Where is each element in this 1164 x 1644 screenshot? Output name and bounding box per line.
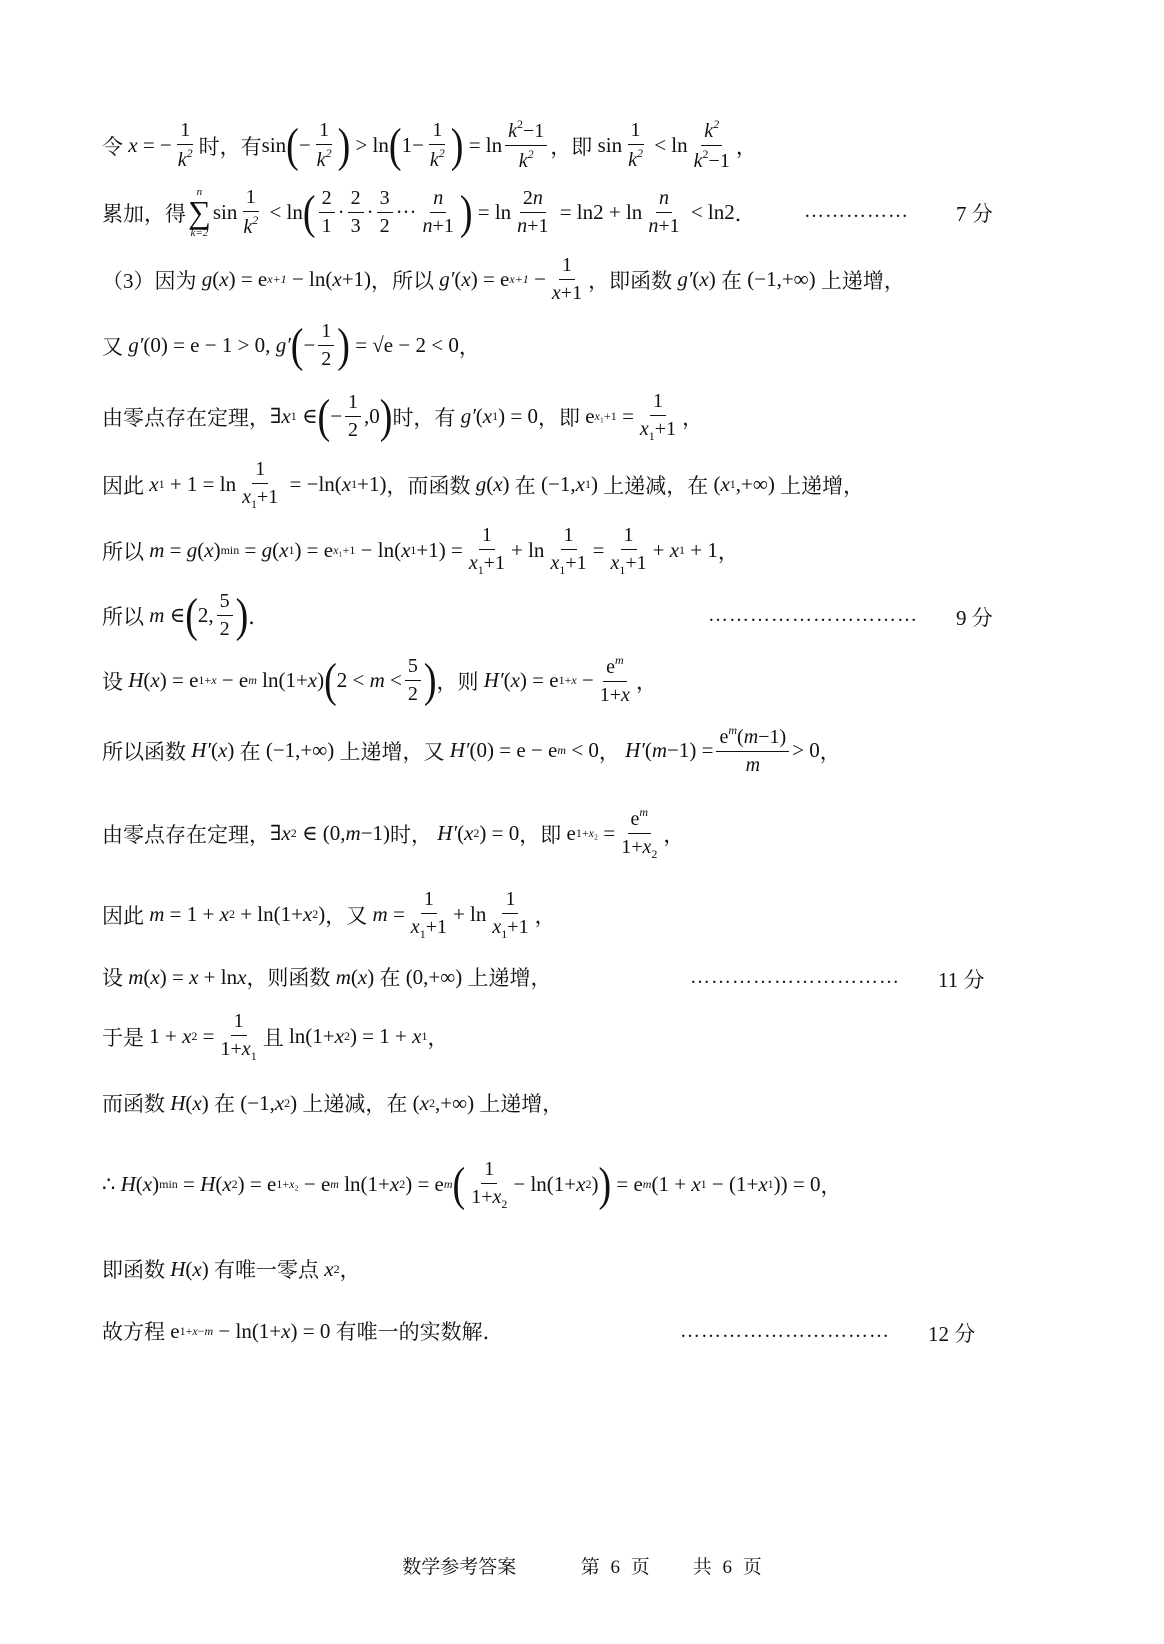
- math-line-12: 因此 m = 1 + x2 + ln(1+x2) ，又 m =1x1+1+ ln…: [102, 888, 556, 942]
- text: ，即: [550, 131, 592, 161]
- math-line-16: ∴ H(x)min = H(x2) = e1+x₂ − em ln(1+x2) …: [102, 1158, 842, 1212]
- text: ，即: [538, 402, 580, 432]
- text: ，: [340, 1254, 361, 1284]
- text: 而函数: [102, 1088, 165, 1118]
- footer-page-number: 第 6 页: [581, 1557, 650, 1578]
- text: ，又: [325, 900, 367, 930]
- math-line-17: 即函数 H(x) 有唯一零点 x2 ，: [102, 1254, 361, 1284]
- score-12: 12 分: [928, 1318, 975, 1348]
- score-9: 9 分: [956, 602, 993, 632]
- text: ，而函数: [386, 470, 470, 500]
- text: 有唯一零点: [214, 1254, 319, 1284]
- text: 故方程: [102, 1316, 165, 1346]
- text: ，: [599, 736, 620, 766]
- text: 时，有: [199, 131, 262, 161]
- math-line-3: （3）因为 g(x) = ex+1 − ln(x+1) ，所以 g′(x) = …: [102, 254, 905, 305]
- math-line-10: 所以函数 H′(x) 在 (−1,+∞) 上递增，又 H′(0) = e − e…: [102, 724, 841, 777]
- text: ，则函数: [246, 962, 330, 992]
- text: 又: [102, 331, 123, 361]
- text: ，所以: [371, 265, 434, 295]
- math-line-8: 所以 m ∈(2,52) ．: [102, 590, 269, 641]
- text: ，即: [519, 819, 561, 849]
- text: 因此: [102, 900, 144, 930]
- text: 设: [102, 666, 123, 696]
- text: 上递增，又: [340, 736, 445, 766]
- text: 时，有: [392, 402, 455, 432]
- math-line-7: 所以 m = g(x)min = g(x1) = ex₁+1 − ln(x1+1…: [102, 524, 739, 578]
- math-line-1: 令 x = −1k2 时，有 sin(−1k2) > ln(1−1k2) = l…: [102, 118, 757, 173]
- text: ，: [820, 736, 841, 766]
- text: 上递增，: [479, 1088, 563, 1118]
- text: 即函数: [102, 1254, 165, 1284]
- text: 上递减，在: [302, 1088, 407, 1118]
- text: ，: [821, 1170, 842, 1200]
- math-line-4: 又 g′(0) = e − 1 > 0, g′(−12) = √e − 2 < …: [102, 320, 480, 371]
- text: 在: [214, 1088, 235, 1118]
- math-line-18: 故方程 e1+x−m − ln(1+x) = 0 有唯一的实数解．: [102, 1316, 504, 1346]
- text: 所以: [102, 536, 144, 566]
- math-line-9: 设 H(x) = e1+x − em ln(1+x)(2 < m <52) ，则…: [102, 654, 657, 707]
- text: 上递增，: [468, 962, 552, 992]
- footer-title: 数学参考答案: [402, 1557, 516, 1578]
- text: 由零点存在定理，: [102, 819, 270, 849]
- text: 有唯一的实数解．: [336, 1316, 504, 1346]
- text: 所以函数: [102, 736, 186, 766]
- text: 在: [379, 962, 400, 992]
- text: 因此: [102, 470, 144, 500]
- page-footer: 数学参考答案 第 6 页 共 6 页: [0, 1552, 1164, 1579]
- math-line-13: 设 m(x) = x + lnx ，则函数 m(x) 在 (0,+∞) 上递增，: [102, 962, 552, 992]
- text: 且: [263, 1022, 284, 1052]
- math-line-11: 由零点存在定理， ∃x2 ∈ (0,m−1) 时， H′(x2) = 0 ，即 …: [102, 806, 684, 862]
- text: 令: [102, 131, 123, 161]
- text: 累加，得: [102, 198, 186, 228]
- score-7: 7 分: [956, 198, 993, 228]
- text: ，: [682, 402, 703, 432]
- text: ．: [735, 198, 756, 228]
- text: 于是: [102, 1022, 144, 1052]
- text: ，: [427, 1022, 448, 1052]
- math-line-15: 而函数 H(x) 在 (−1,x2) 上递减，在 (x2,+∞) 上递增，: [102, 1088, 563, 1118]
- footer-total-pages: 共 6 页: [693, 1557, 762, 1578]
- text: （3）因为: [102, 265, 197, 295]
- text: 时，: [390, 819, 432, 849]
- score-leader: …………………………: [680, 1320, 890, 1343]
- score-leader: …………………………: [708, 604, 918, 627]
- score-11: 11 分: [938, 964, 984, 994]
- text: ，: [535, 900, 556, 930]
- text: ，: [663, 819, 684, 849]
- text: ，则: [437, 666, 479, 696]
- math-line-2: 累加，得 n∑k=2 sin1k2 < ln( 21·23·32···nn+1 …: [102, 186, 756, 239]
- text: 上递增，: [780, 470, 864, 500]
- math-line-6: 因此 x1 + 1 = ln1x1+1 = −ln(x1+1) ，而函数 g(x…: [102, 458, 864, 512]
- text: ，: [718, 536, 739, 566]
- text: ．: [248, 601, 269, 631]
- text: 所以: [102, 601, 144, 631]
- text: ，即函数: [588, 265, 672, 295]
- text: ，: [736, 131, 757, 161]
- math-line-5: 由零点存在定理， ∃x1 ∈(−12,0) 时，有 g′(x1) = 0 ，即 …: [102, 390, 703, 444]
- text: 在: [240, 736, 261, 766]
- score-leader: ……………: [804, 200, 909, 223]
- math-line-14: 于是 1 + x2 =11+x1 且 ln(1+x2) = 1 + x1 ，: [102, 1010, 448, 1064]
- text: 在: [515, 470, 536, 500]
- text: 在: [721, 265, 742, 295]
- text: 上递增，: [821, 265, 905, 295]
- score-leader: …………………………: [690, 966, 900, 989]
- text: 设: [102, 962, 123, 992]
- text: 由零点存在定理，: [102, 402, 270, 432]
- text: 上递减，在: [603, 470, 708, 500]
- text: ，: [636, 666, 657, 696]
- text: ，: [459, 331, 480, 361]
